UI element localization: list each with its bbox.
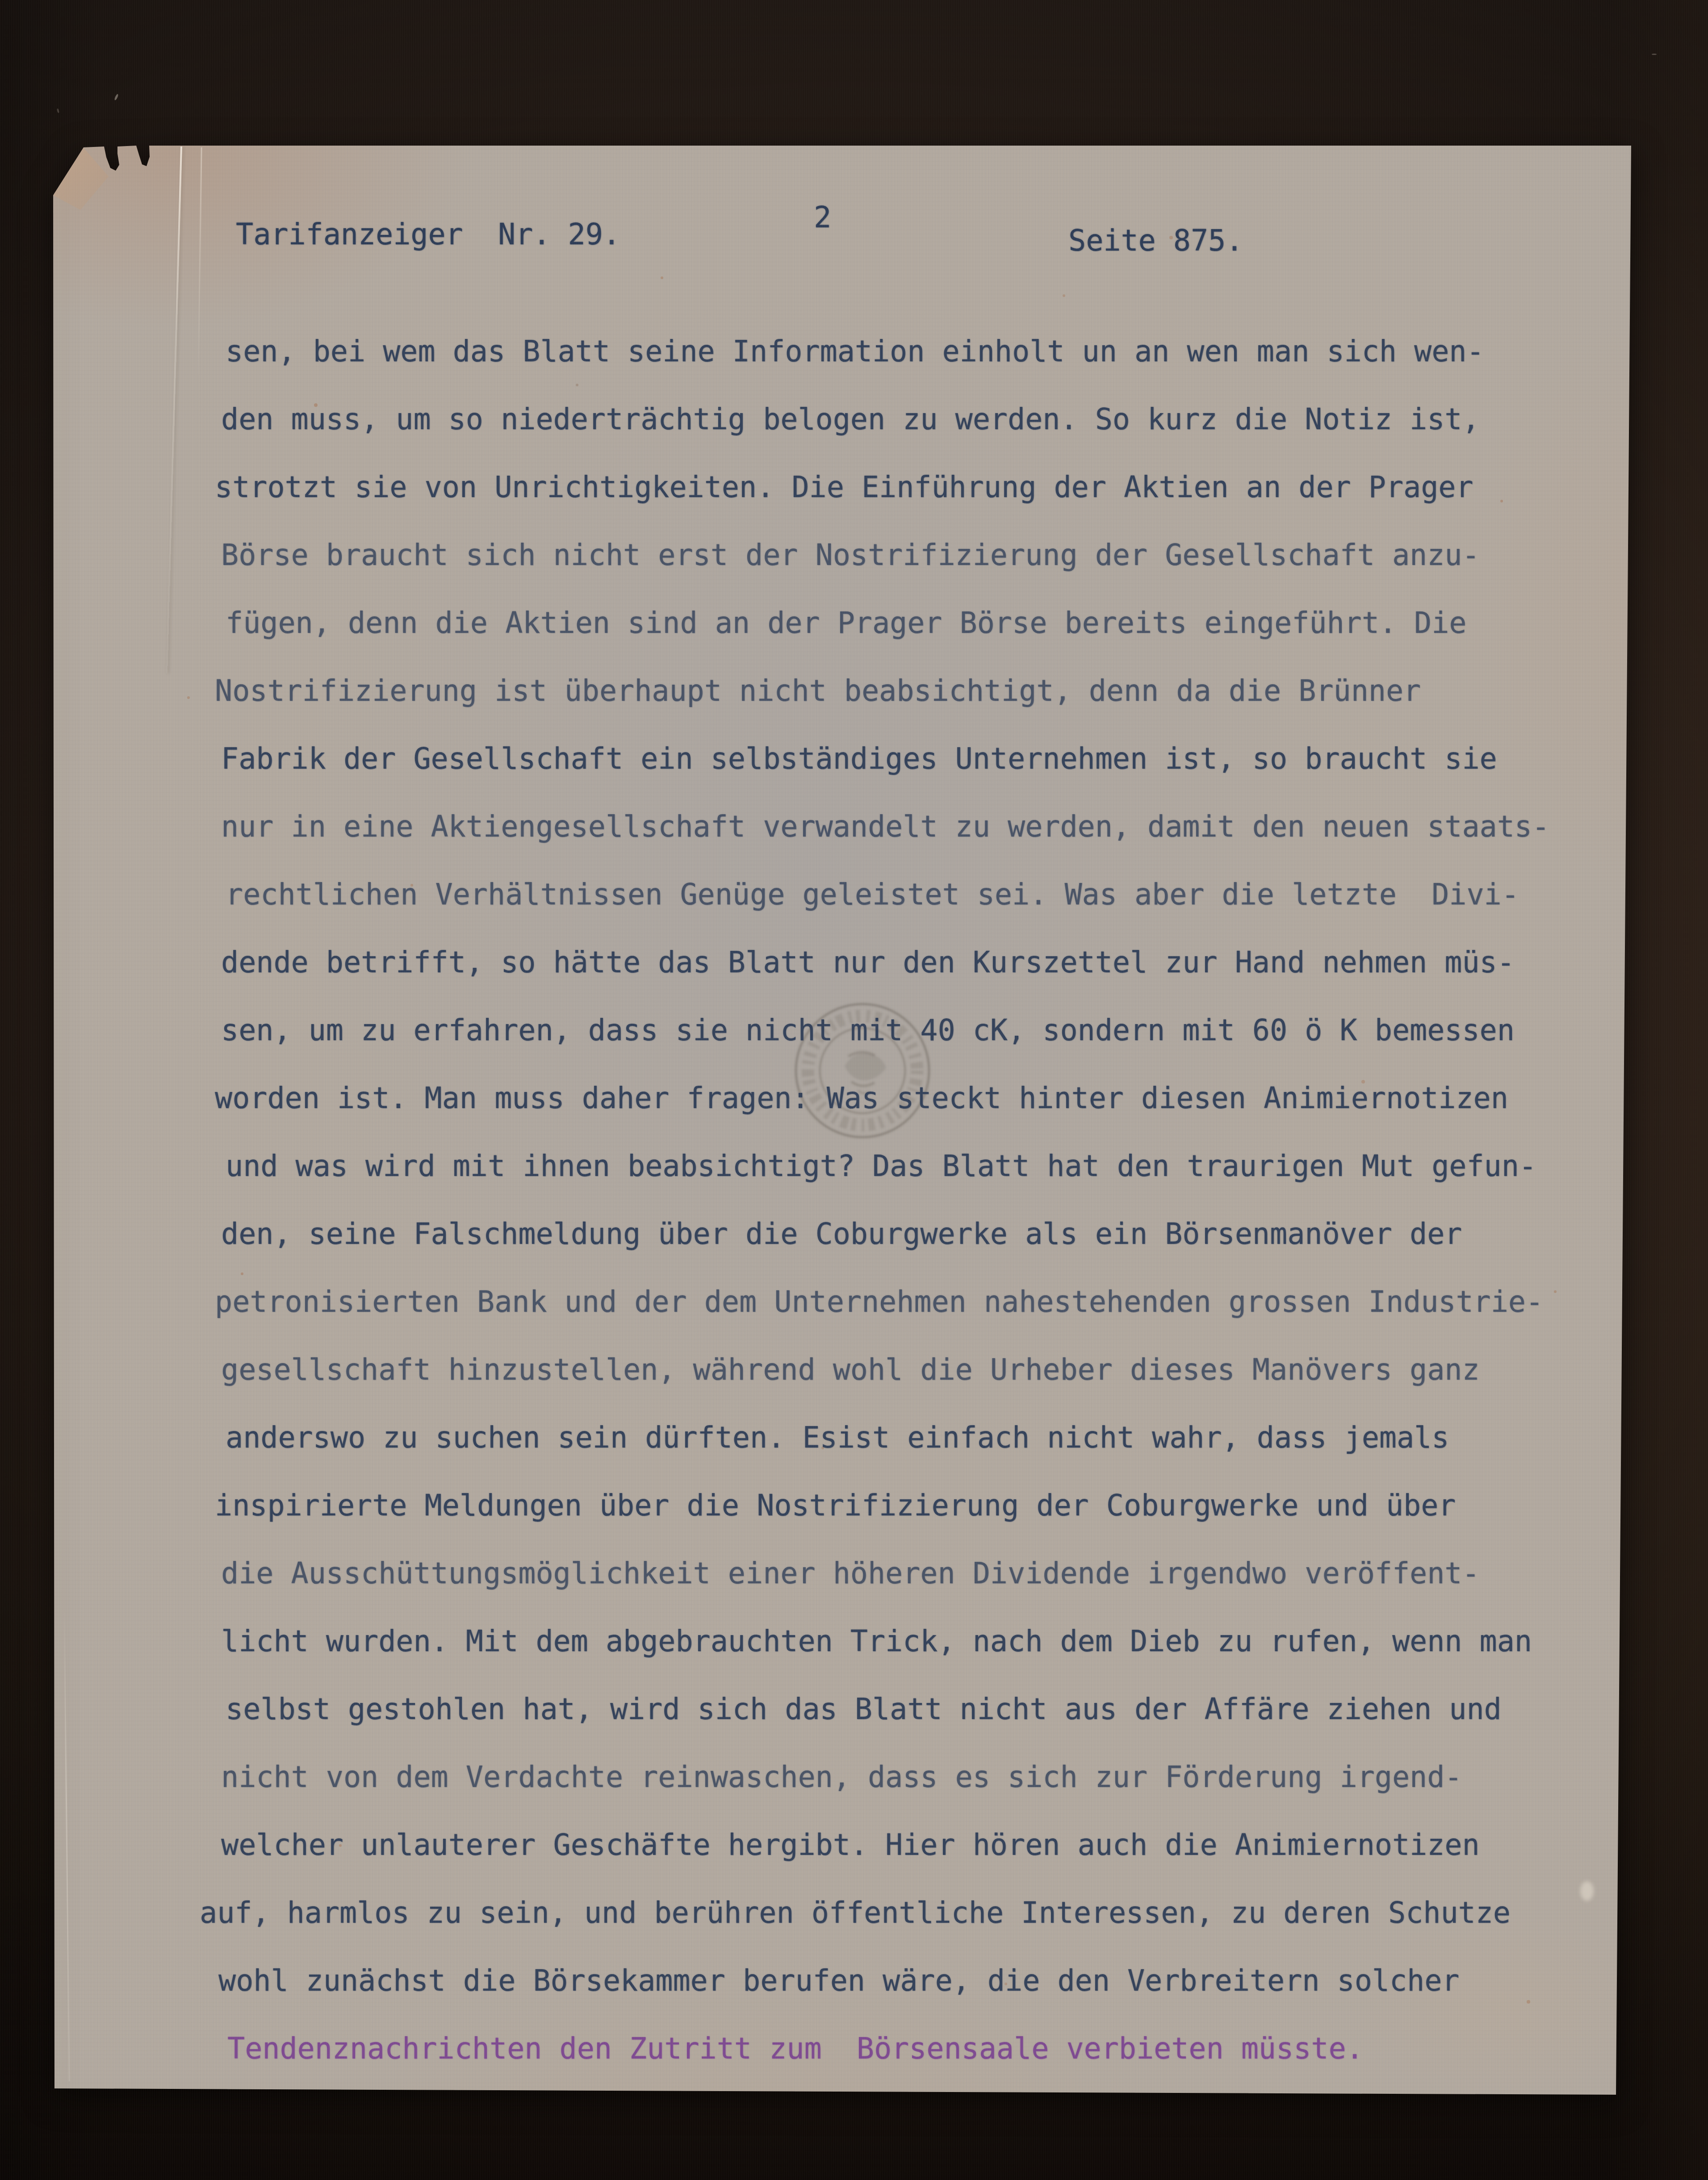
typewritten-line: anderswo zu suchen sein dürften. Esist e… (226, 1404, 1624, 1472)
typewritten-line: rechtlichen Verhältnissen Genüge geleist… (226, 861, 1624, 929)
typewritten-line: den, seine Falschmeldung über die Coburg… (221, 1201, 1624, 1268)
typewritten-line: selbst gestohlen hat, wird sich das Blat… (226, 1676, 1624, 1744)
typewritten-line: nicht von dem Verdachte reinwaschen, das… (221, 1744, 1624, 1812)
typewritten-line: Nostrifizierung ist überhaupt nicht beab… (215, 657, 1624, 725)
typewritten-line: Fabrik der Gesellschaft ein selbständige… (221, 725, 1624, 793)
typewritten-line: licht wurden. Mit dem abgebrauchten Tric… (221, 1608, 1624, 1676)
typewritten-line: gesellschaft hinzustellen, während wohl … (221, 1336, 1624, 1404)
typewritten-line: und was wird mit ihnen beabsichtigt? Das… (226, 1133, 1624, 1201)
typewritten-line: sen, bei wem das Blatt seine Information… (226, 318, 1624, 386)
typewritten-line: petronisierten Bank und der dem Unterneh… (215, 1268, 1624, 1336)
paper-freckles (0, 0, 2, 2)
page-number: 2 (814, 201, 831, 234)
typewritten-line: strotzt sie von Unrichtigkeiten. Die Ein… (215, 454, 1624, 522)
typewritten-line: worden ist. Man muss daher fragen: Was s… (215, 1065, 1624, 1133)
typewritten-line: inspirierte Meldungen über die Nostrifiz… (215, 1472, 1624, 1540)
header-title: Tarifanzeiger Nr. 29. (236, 218, 620, 251)
typewritten-line: den muss, um so niederträchtig belogen z… (221, 386, 1624, 454)
typewritten-line: welcher unlauterer Geschäfte hergibt. Hi… (221, 1812, 1624, 1879)
typewritten-line: Börse braucht sich nicht erst der Nostri… (221, 522, 1624, 590)
paper-crease (63, 1608, 70, 2081)
dust-speck (1652, 54, 1657, 55)
photo-album-page: 2 Tarifanzeiger Nr. 29. Seite 875. sen, … (0, 0, 1708, 2180)
typewritten-line: fügen, denn die Aktien sind an der Prage… (226, 590, 1624, 657)
document-sheet: 2 Tarifanzeiger Nr. 29. Seite 875. sen, … (0, 0, 1708, 2180)
typewritten-line: wohl zunächst die Börsekammer berufen wä… (218, 1947, 1624, 2015)
typewritten-line: nur in eine Aktiengesellschaft verwandel… (221, 793, 1624, 861)
typewritten-line: die Ausschüttungsmöglichkeit einer höher… (221, 1540, 1624, 1608)
paper-crease (197, 147, 202, 380)
document-sheet-wrap: 2 Tarifanzeiger Nr. 29. Seite 875. sen, … (0, 0, 1708, 2180)
typewritten-text-block: sen, bei wem das Blatt seine Information… (221, 318, 1624, 2083)
torn-corner-facet (51, 145, 114, 212)
typewritten-line: sen, um zu erfahren, dass sie nicht mit … (221, 997, 1624, 1065)
header-page-ref: Seite 875. (1068, 224, 1243, 258)
typewritten-line: dende betrifft, so hätte das Blatt nur d… (221, 929, 1624, 997)
paper-crease (166, 146, 182, 674)
typewritten-line: auf, harmlos zu sein, und berühren öffen… (200, 1879, 1624, 1947)
typewritten-line: Tendenznachrichten den Zutritt zum Börse… (227, 2015, 1624, 2083)
